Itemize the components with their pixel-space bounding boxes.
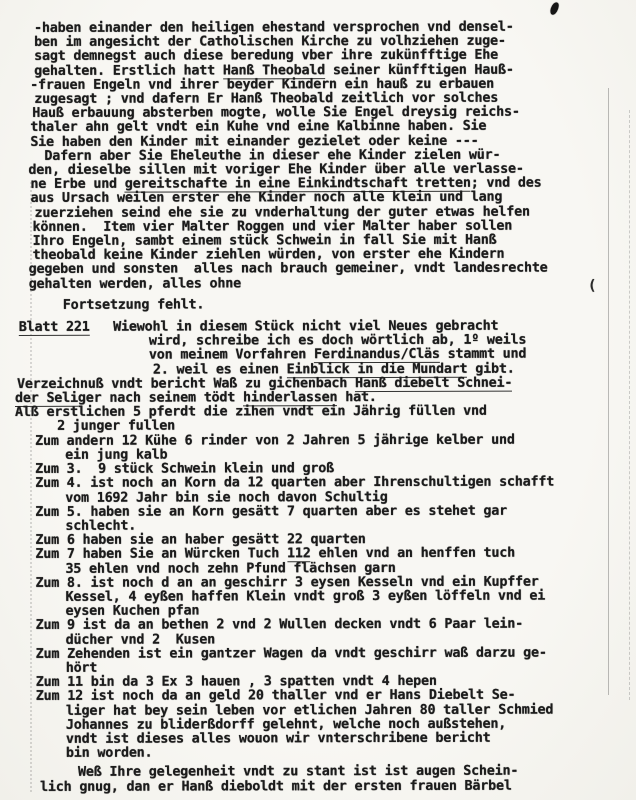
text-segment: gehalten werden, alles ohne [29, 276, 241, 292]
text-segment: Zum Zehenden ist ein gantzer Wagen da vn… [36, 645, 547, 661]
text-segment: hört [66, 661, 97, 676]
text-segment: Zum 7 haben Sie an Würcken Tuch [35, 547, 287, 563]
text-segment: Kessel, 4 eyßen haffen Klein vndt groß 3… [65, 588, 545, 604]
text-segment: 2. weil es einen [153, 362, 287, 377]
scanned-document-page: -haben einander den heiligen ehestand ve… [0, 0, 636, 800]
document-line: Zum Zehenden ist ein gantzer Wagen da vn… [2, 646, 636, 662]
text-segment: stammt und [440, 347, 527, 362]
text-segment: 2 junger fullen [57, 419, 175, 434]
text-segment: hat. [337, 390, 376, 405]
text-segment: gegeben und sonsten alles nach brauch ge… [29, 261, 548, 277]
text-segment: schlecht. [65, 519, 136, 534]
text-segment: bin worden. [66, 746, 153, 761]
text-segment: Zum andern 12 Kühe 6 rinder von 2 Jahren… [35, 432, 515, 448]
margin-dots [30, 182, 32, 792]
text-segment: Fortsetzung fehlt. [63, 297, 205, 312]
text-segment: seiner künfftigen Hauß- [325, 62, 514, 77]
ink-smudge [549, 1, 560, 16]
fold-line-2 [629, 110, 630, 700]
stray-parenthesis-mark: ( [588, 278, 596, 294]
document-line: gegeben und sonsten alles nach brauch ge… [1, 262, 636, 278]
text-segment: vndt ist dieses alles wouon wir vntersch… [66, 731, 491, 747]
text-segment: dücher vnd 2 Kusen [66, 632, 215, 647]
text-segment: von meinem Vorfahren [149, 348, 314, 363]
text-segment: Zum 9 ist da an bethen 2 vnd 2 Wullen de… [36, 617, 523, 633]
fold-line [608, 88, 609, 695]
document-line: lich gnug, dan er Hanß dieboldt mit der … [2, 779, 636, 795]
document-line: gehalten werden, alles ohne [1, 276, 636, 292]
text-segment: ehlen vnd an henffen tuch [311, 546, 515, 562]
text-segment: gehalten. Erstlich hatt [34, 63, 223, 78]
text-segment: Zum 5. haben sie an Korn gesätt 7 quarte… [35, 503, 507, 519]
text-segment: ein jung kalb [65, 447, 167, 462]
underlined-text: Hanß diebelt Schnei- [355, 376, 512, 392]
typewritten-text-block: -haben einander den heiligen ehestand ve… [0, 20, 636, 794]
text-segment: gibt. [467, 361, 514, 376]
document-line: Fortsetzung fehlt. [1, 297, 636, 313]
document-line: Kessel, 4 eyßen haffen Klein vndt groß 3… [1, 589, 636, 605]
text-segment: lich gnug, dan er Hanß dieboldt mit der … [40, 778, 512, 794]
document-line: bin worden. [2, 745, 636, 761]
text-segment: ; vnd des [471, 176, 542, 191]
